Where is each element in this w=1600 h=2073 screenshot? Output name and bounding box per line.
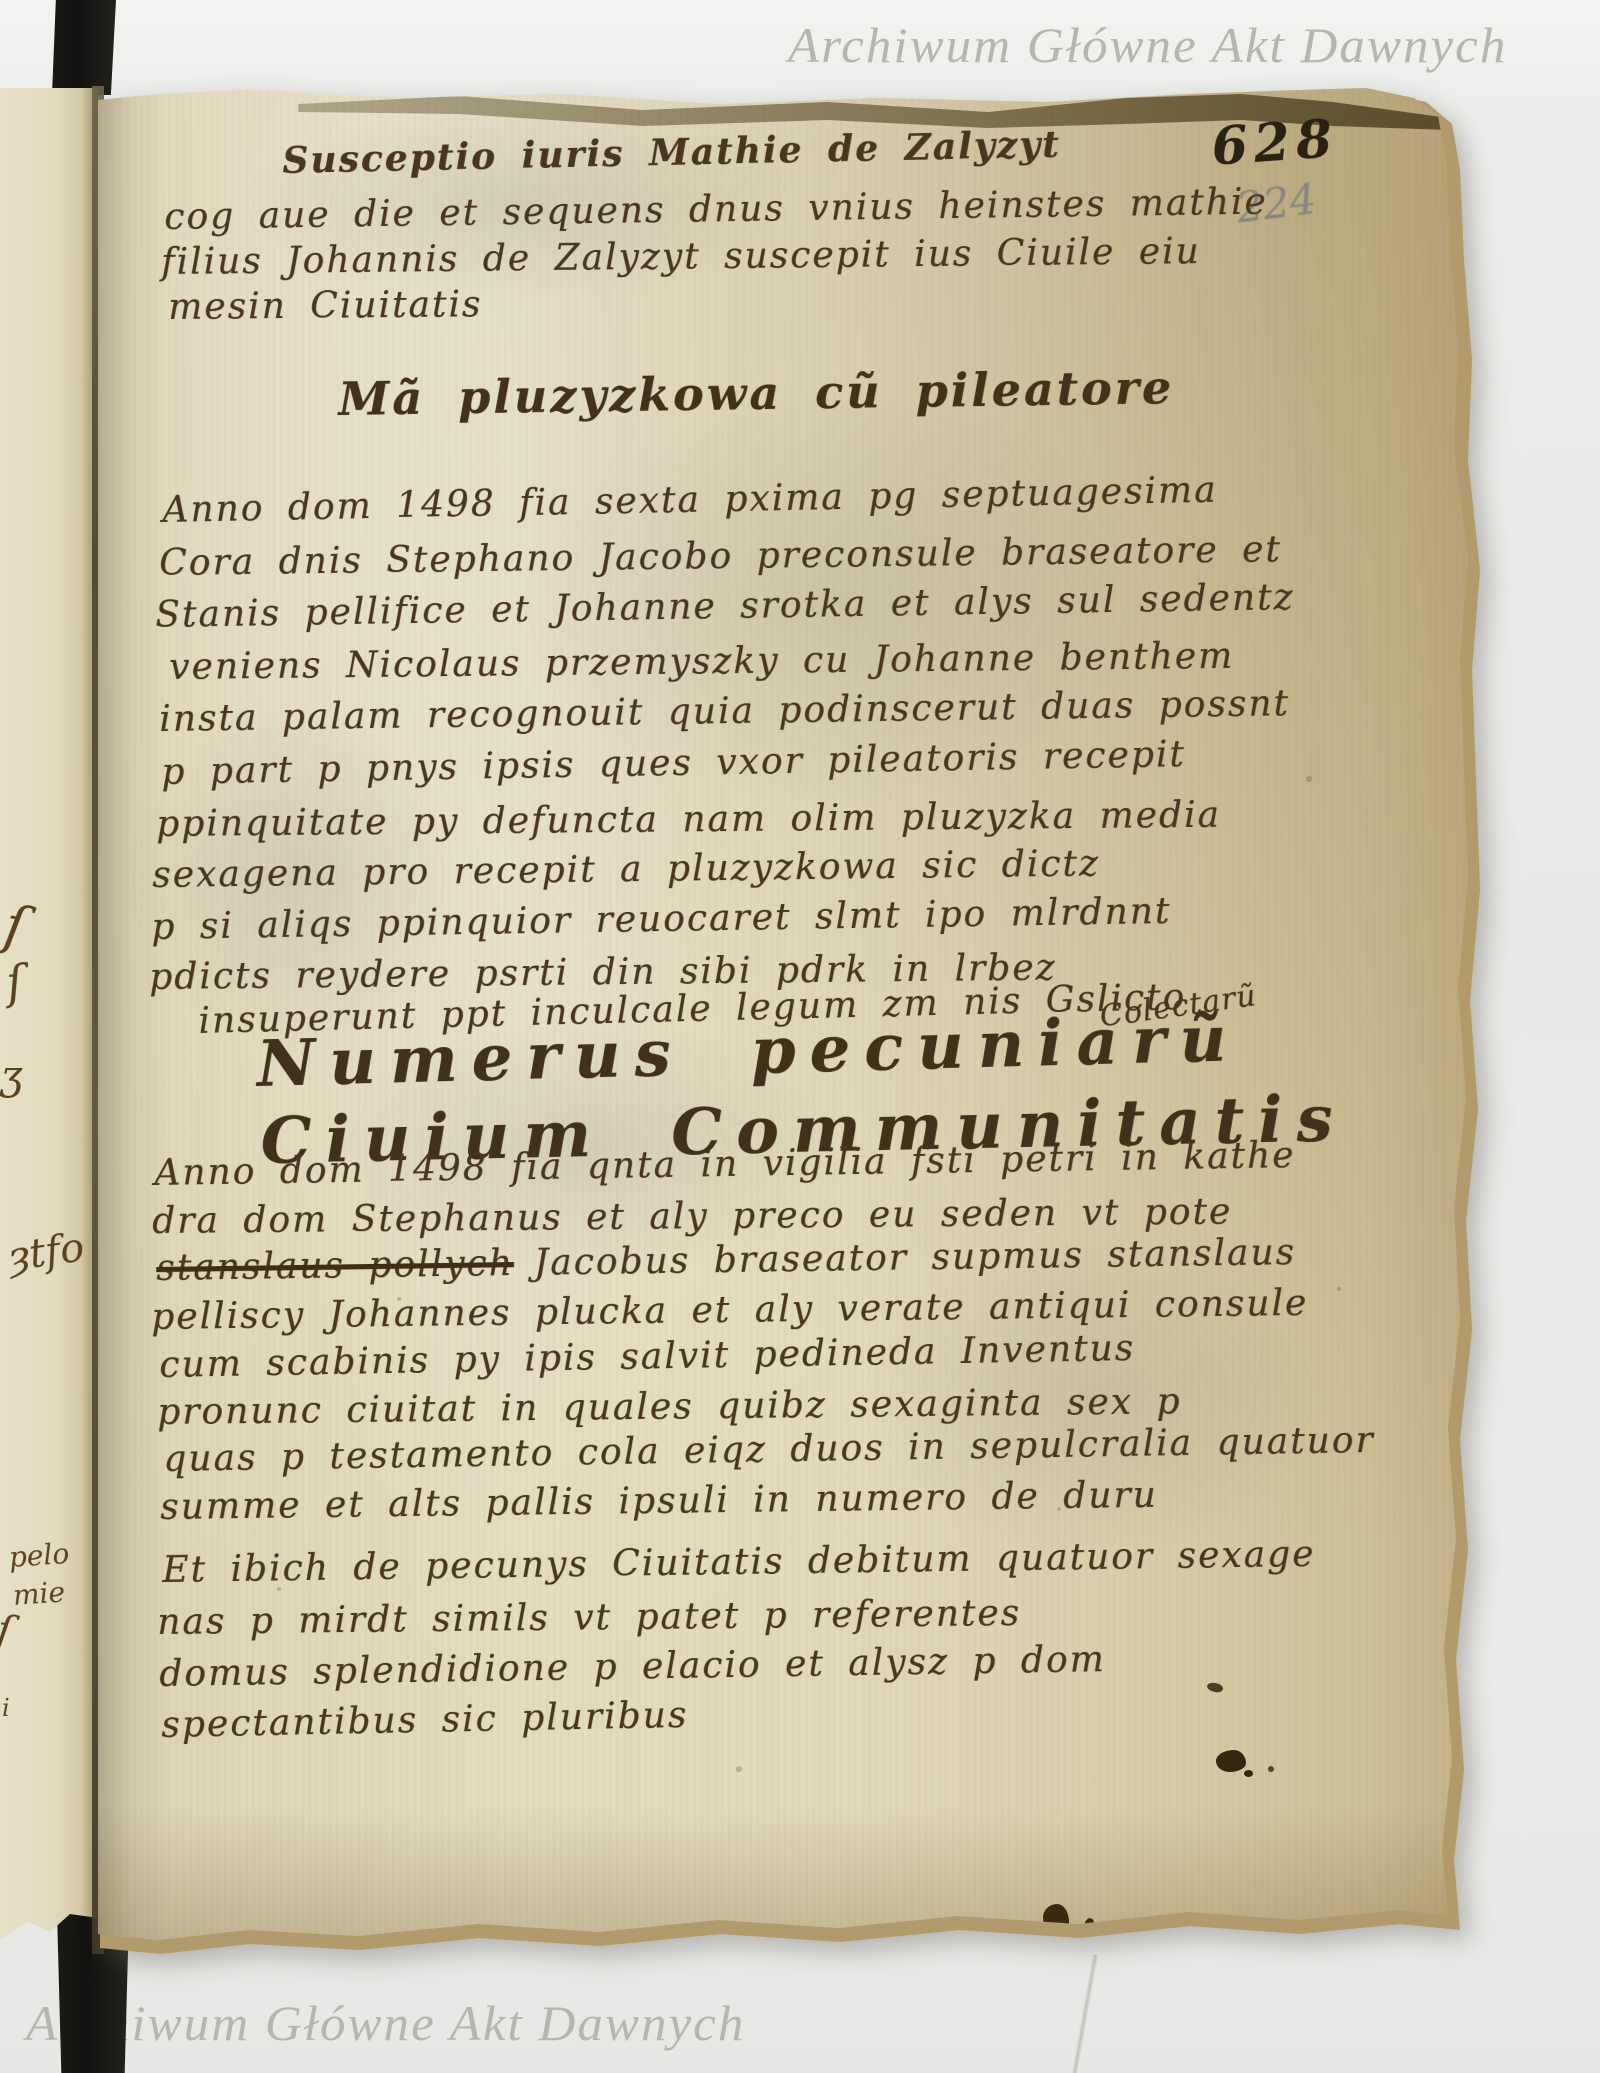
ink-blot (1097, 1937, 1104, 1944)
facing-page-ink-fragment: ſ (4, 958, 26, 1006)
manuscript-page-stack: 628 224 Susceptio iuris Mathie de Zalyzy… (98, 88, 1480, 1970)
section1-heading: Mã pluzyzkowa cũ pileatore (338, 364, 1174, 422)
facing-page-ink-fragment: ȝtfo (6, 1227, 87, 1277)
manuscript-page: 628 224 Susceptio iuris Mathie de Zalyzy… (98, 88, 1468, 1956)
folio-number-ink: 628 (1210, 113, 1340, 174)
facing-page-ink-fragment: pelo (8, 1540, 70, 1572)
facing-page-ink-fragment: mie (12, 1578, 66, 1610)
manuscript-line: Et ibich de pecunys Ciuitatis debitum qu… (162, 1537, 1316, 1589)
facing-page-ink-fragment: ſ (1, 898, 30, 955)
archive-watermark-bottom: Archiwum Główne Akt Dawnych (26, 1994, 745, 2052)
archival-scan: Archiwum Główne Akt Dawnych Archiwum Głó… (0, 0, 1600, 2073)
facing-page-edge: ſ ſ ʒ ȝtfo pelo mie ſ i (0, 88, 98, 1954)
facing-page-ink-fragment: i (2, 1696, 10, 1720)
manuscript-line: domus splendidione p elacio et alysz p d… (159, 1642, 1106, 1693)
ink-blot (1216, 1750, 1246, 1772)
manuscript-line: mesin Ciuitatis (168, 287, 483, 326)
manuscript-line: nas p mirdt simils vt patet p referentes (157, 1596, 1021, 1641)
ink-blot (1268, 1766, 1274, 1772)
ink-blot (1244, 1770, 1253, 1777)
facing-page-ink-fragment: ʒ (0, 1056, 23, 1096)
struck-text: stanslaus pollych (156, 1243, 514, 1289)
paper-speckles (98, 88, 100, 90)
archive-watermark-top: Archiwum Główne Akt Dawnych (788, 16, 1507, 74)
manuscript-line: dra dom Stephanus et aly preco eu seden … (152, 1195, 1232, 1240)
manuscript-line: spectantibus sic pluribus (161, 1698, 689, 1744)
manuscript-line: sexagena pro recepit a pluzyzkowa sic di… (152, 846, 1100, 894)
manuscript-line: ppinquitate py defuncta nam olim pluzyzk… (156, 798, 1221, 843)
ink-blot (1206, 1681, 1224, 1695)
binding-strip-top (52, 0, 116, 95)
manuscript-line: filius Johannis de Zalyzyt suscepit ius … (161, 234, 1201, 281)
facing-page-ink-fragment: ſ (0, 1610, 15, 1652)
background-crease (1040, 1955, 1130, 2073)
